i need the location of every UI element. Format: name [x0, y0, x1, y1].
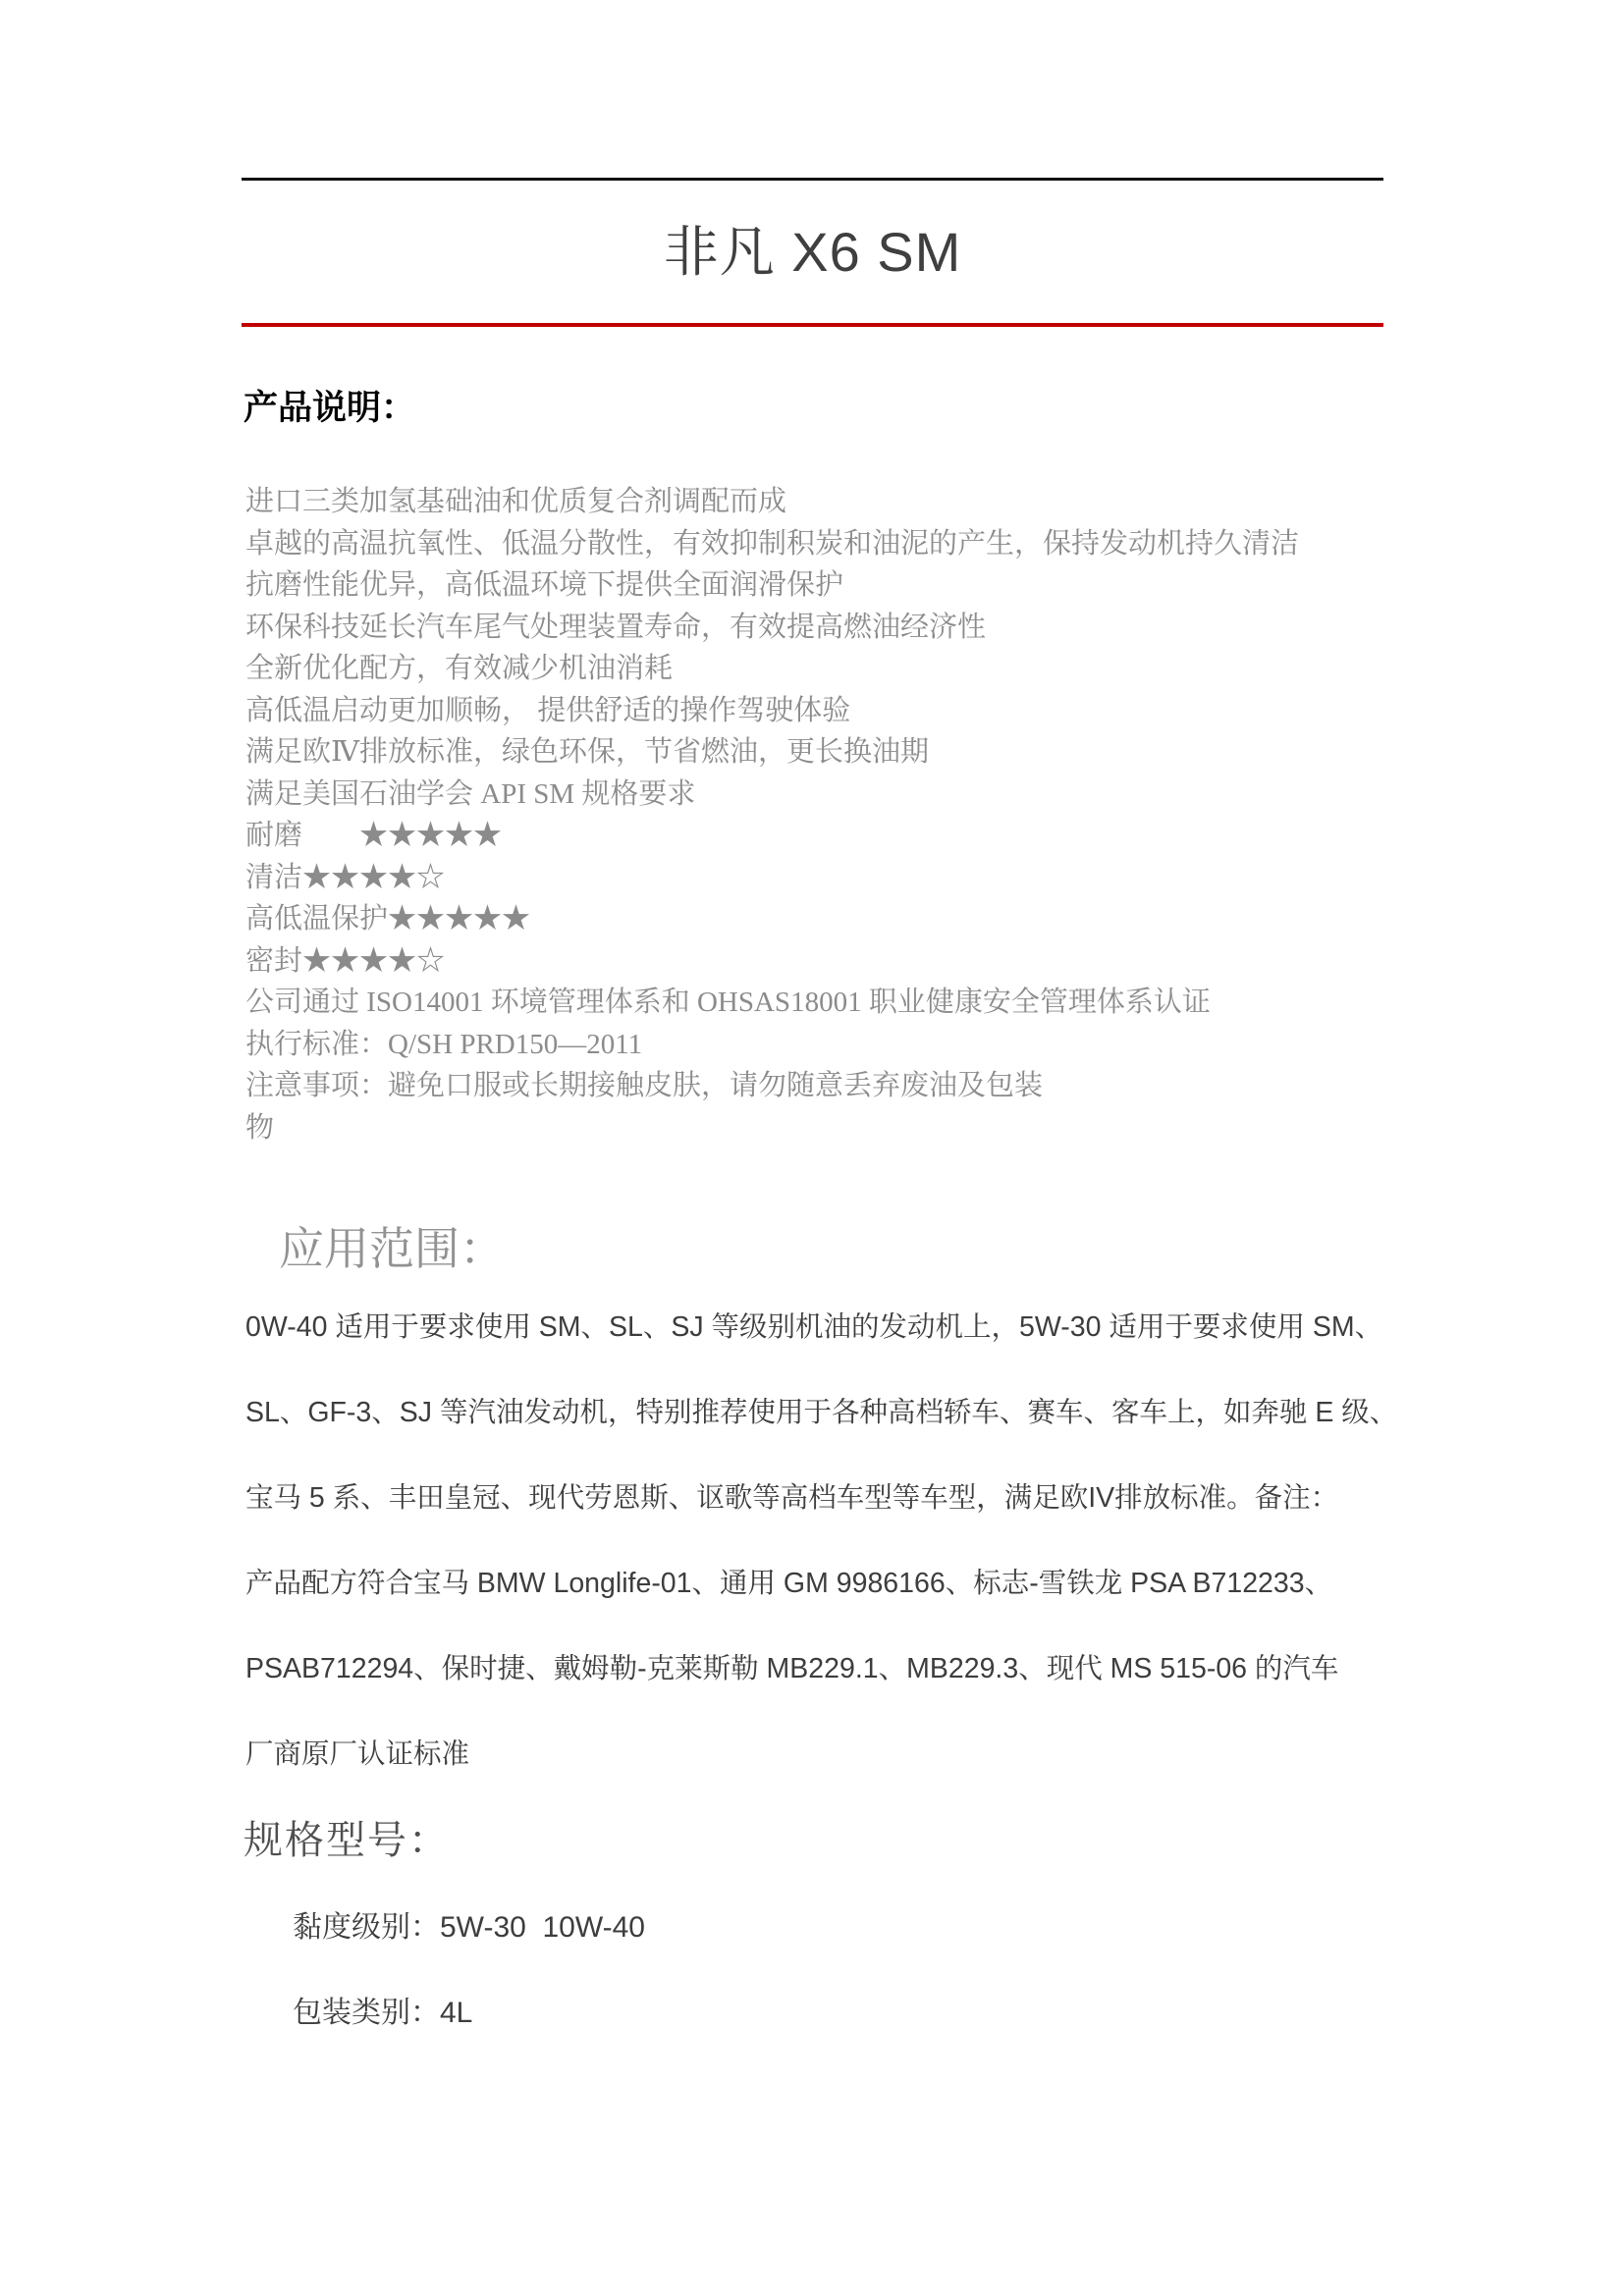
application-range-body: 0W-40 适用于要求使用 SM、SL、SJ 等级别机油的发动机上，5W-30 …: [245, 1308, 1424, 1820]
application-line: 厂商原厂认证标准: [245, 1735, 1424, 1820]
application-line: 产品配方符合宝马 BMW Longlife-01、通用 GM 9986166、标…: [245, 1564, 1424, 1649]
rating-line-temp-protection: 高低温保护★★★★★: [245, 898, 1424, 940]
product-description-body: 进口三类加氢基础油和优质复合剂调配而成 卓越的高温抗氧性、低温分散性，有效抑制积…: [245, 481, 1424, 1148]
description-line: 抗磨性能优异，高低温环境下提供全面润滑保护: [245, 564, 1424, 607]
description-line: 卓越的高温抗氧性、低温分散性，有效抑制积炭和油泥的产生，保持发动机持久清洁: [245, 523, 1424, 565]
application-line: SL、GF-3、SJ 等汽油发动机，特别推荐使用于各种高档轿车、赛车、客车上，如…: [245, 1393, 1424, 1478]
spec-viscosity-grade: 黏度级别：5W-30 10W-40: [293, 1902, 645, 1946]
description-line: 注意事项：避免口服或长期接触皮肤，请勿随意丢弃废油及包装: [245, 1065, 1424, 1107]
rating-line-clean: 清洁★★★★☆: [245, 857, 1424, 899]
description-line: 执行标准：Q/SH PRD150—2011: [245, 1024, 1424, 1066]
rating-line-wear: 耐磨 ★★★★★: [245, 815, 1424, 857]
document-page: 非凡 X6 SM 产品说明： 进口三类加氢基础油和优质复合剂调配而成 卓越的高温…: [0, 0, 1624, 2296]
product-description-heading: 产品说明：: [244, 381, 415, 430]
title-top-rule: [242, 178, 1383, 181]
description-line: 全新优化配方，有效减少机油消耗: [245, 648, 1424, 690]
description-line: 进口三类加氢基础油和优质复合剂调配而成: [245, 481, 1424, 523]
page-title: 非凡 X6 SM: [242, 209, 1383, 288]
application-line: PSAB712294、保时捷、戴姆勒-克莱斯勒 MB229.1、MB229.3、…: [245, 1649, 1424, 1735]
description-line: 公司通过 ISO14001 环境管理体系和 OHSAS18001 职业健康安全管…: [245, 982, 1424, 1024]
description-line: 满足欧Ⅳ排放标准，绿色环保，节省燃油，更长换油期: [245, 731, 1424, 774]
application-line: 0W-40 适用于要求使用 SM、SL、SJ 等级别机油的发动机上，5W-30 …: [245, 1308, 1424, 1393]
spec-package-type: 包装类别：4L: [293, 1988, 472, 2031]
description-line: 环保科技延长汽车尾气处理装置寿命，有效提高燃油经济性: [245, 607, 1424, 649]
description-line: 物: [245, 1107, 1424, 1149]
application-line: 宝马 5 系、丰田皇冠、现代劳恩斯、讴歌等高档车型等车型，满足欧IV排放标准。备…: [245, 1478, 1424, 1564]
application-range-heading: 应用范围：: [279, 1213, 505, 1278]
description-line: 满足美国石油学会 API SM 规格要求: [245, 774, 1424, 816]
title-underline-rule: [242, 323, 1383, 327]
spec-model-heading: 规格型号：: [244, 1809, 450, 1865]
description-line: 高低温启动更加顺畅， 提供舒适的操作驾驶体验: [245, 690, 1424, 732]
rating-line-seal: 密封★★★★☆: [245, 940, 1424, 983]
